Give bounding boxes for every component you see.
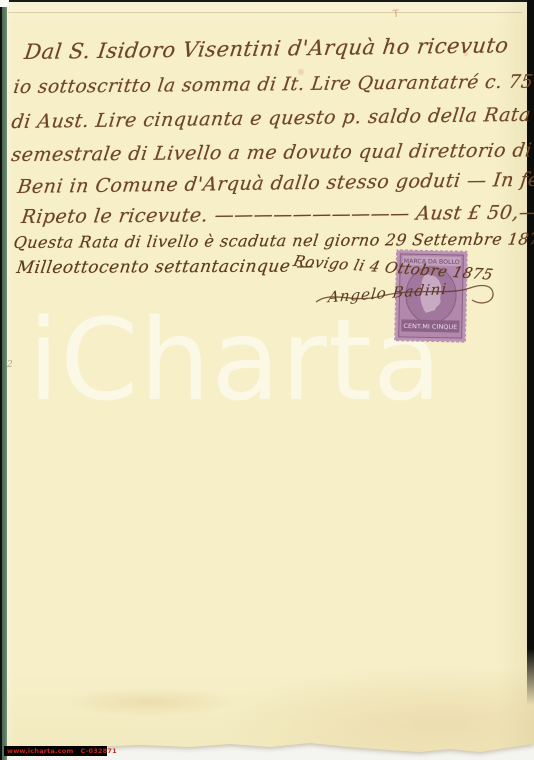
paper-seam-line <box>8 12 522 13</box>
faint-margin-mark: 2 <box>7 360 13 370</box>
left-edge-strip-green <box>2 0 7 760</box>
top-edge-line <box>2 0 534 2</box>
archive-footer-bar: www.icharta.com C-032871 <box>4 746 107 756</box>
scanned-receipt-1875: T 2 iCharta Dal S. Isidoro Visentini d'A… <box>0 0 534 760</box>
stamp-bottom-label: CENT.MI CINQUE <box>403 323 457 331</box>
scanner-corner <box>0 0 9 7</box>
archive-code-label: C-032871 <box>80 747 116 755</box>
manuscript-line: Questa Rata di livello è scaduta nel gio… <box>12 229 534 252</box>
manuscript-line: Ripeto le ricevute. —————————— Aust £ 50… <box>20 201 534 228</box>
faint-corner-mark: T <box>392 9 399 21</box>
manuscript-line: Milleottocento settantacinque — <box>15 256 315 278</box>
manuscript-line: semestrale di Livello a me dovuto qual d… <box>10 139 533 166</box>
archive-site-label: www.icharta.com <box>7 747 73 755</box>
signature-block: Angelo Badini <box>312 276 502 320</box>
